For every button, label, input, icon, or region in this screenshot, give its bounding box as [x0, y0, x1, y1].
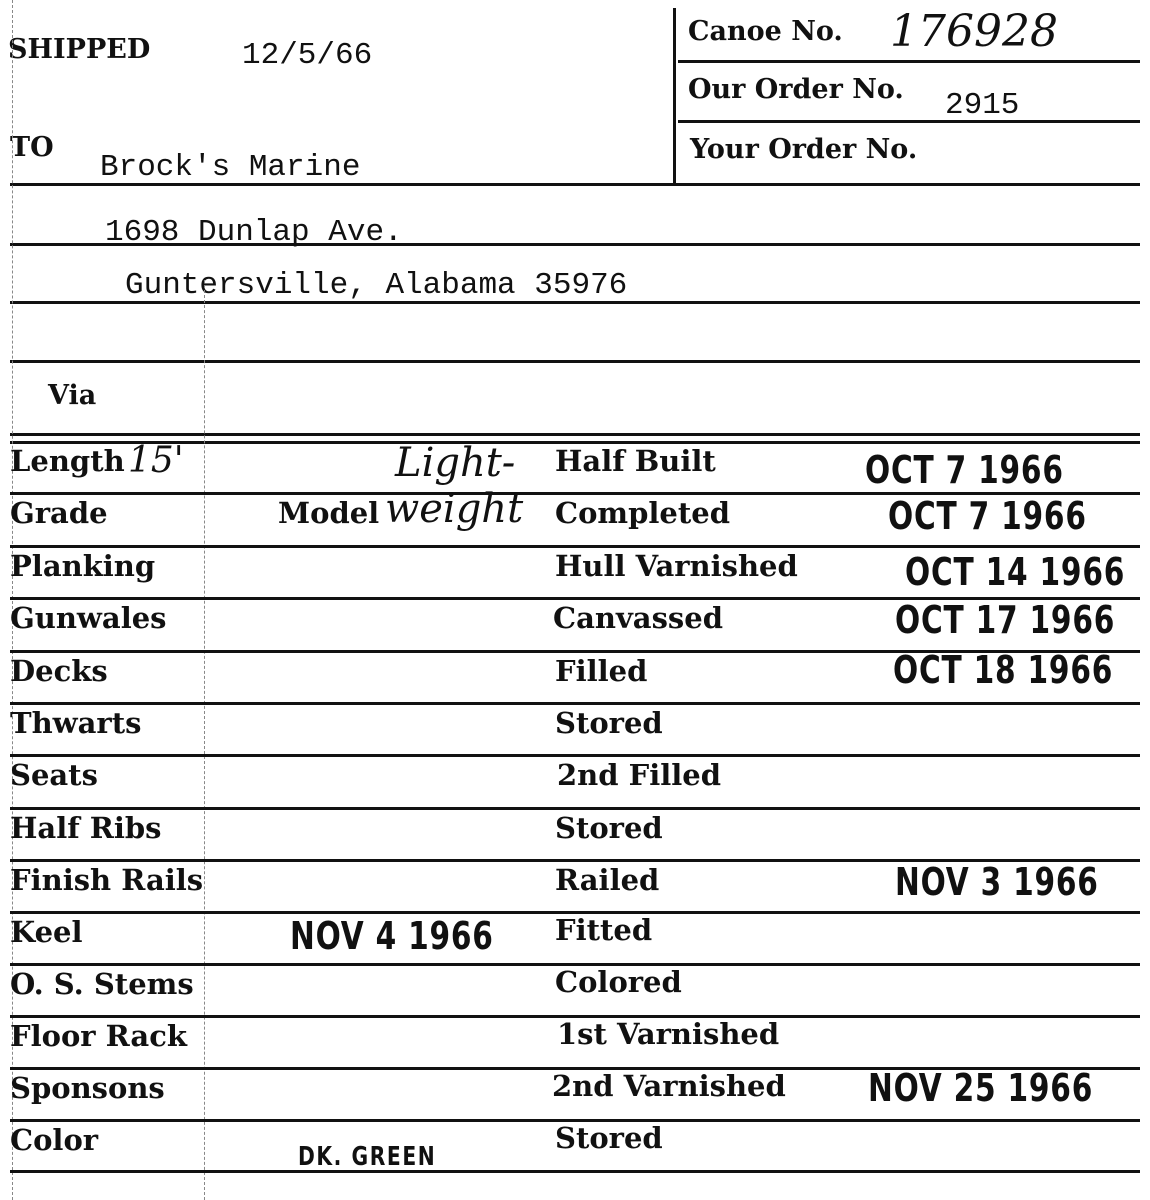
field-label-decks: Decks	[10, 654, 108, 688]
step-date-canvassed[interactable]: OCT 17 1966	[895, 598, 1115, 642]
step-date-hull-varnished[interactable]: OCT 14 1966	[905, 550, 1125, 594]
step-date-half-built[interactable]: OCT 7 1966	[865, 448, 1064, 492]
your-order-label: Your Order No.	[690, 134, 917, 165]
our-order-value[interactable]: 2915	[945, 88, 1019, 123]
step-label-2nd-varnished: 2nd Varnished	[552, 1069, 786, 1103]
step-date-railed[interactable]: NOV 3 1966	[895, 860, 1099, 904]
divider	[10, 754, 1140, 757]
step-label-2nd-filled: 2nd Filled	[557, 758, 721, 792]
step-label-half-built: Half Built	[555, 444, 716, 478]
divider	[10, 183, 1140, 186]
model-label: Model	[278, 496, 379, 530]
step-label-1st-varnished: 1st Varnished	[557, 1017, 779, 1051]
order-box-border	[673, 8, 676, 184]
our-order-label: Our Order No.	[688, 74, 904, 105]
field-label-gunwales: Gunwales	[10, 601, 166, 635]
to-label: TO	[10, 132, 54, 163]
field-label-grade: Grade	[10, 496, 108, 530]
step-date-completed[interactable]: OCT 7 1966	[888, 494, 1087, 538]
field-label-keel: Keel	[10, 915, 83, 949]
address-line-2[interactable]: Guntersville, Alabama 35976	[125, 268, 627, 303]
field-label-planking: Planking	[10, 549, 155, 583]
field-label-floor-rack: Floor Rack	[10, 1019, 187, 1053]
divider	[10, 807, 1140, 810]
step-date-2nd-varnished[interactable]: NOV 25 1966	[868, 1066, 1093, 1110]
divider	[10, 301, 1140, 304]
step-label-fitted: Fitted	[555, 913, 652, 947]
divider	[10, 360, 1140, 363]
field-value-length[interactable]: 15'	[128, 440, 184, 481]
field-label-sponsons: Sponsons	[10, 1071, 165, 1105]
divider	[10, 702, 1140, 705]
field-label-os-stems: O. S. Stems	[10, 967, 194, 1001]
step-label-railed: Railed	[555, 863, 659, 897]
step-label-stored-1: Stored	[555, 706, 663, 740]
shipped-date[interactable]: 12/5/66	[242, 38, 372, 73]
divider	[10, 243, 1140, 246]
step-label-hull-varnished: Hull Varnished	[555, 549, 798, 583]
step-label-completed: Completed	[555, 496, 730, 530]
shipped-label: SHIPPED	[8, 34, 150, 65]
divider	[678, 120, 1140, 123]
divider	[10, 1170, 1140, 1173]
divider	[10, 433, 1140, 436]
divider	[678, 60, 1140, 63]
step-label-stored-3: Stored	[555, 1121, 663, 1155]
model-value-line2[interactable]: weight	[385, 486, 523, 532]
canoe-no-label: Canoe No.	[688, 16, 843, 47]
field-label-length: Length	[10, 444, 125, 478]
field-value-color[interactable]: DK. GREEN	[298, 1142, 436, 1172]
canoe-no-value[interactable]: 176928	[890, 6, 1058, 57]
recipient-name[interactable]: Brock's Marine	[100, 150, 360, 185]
step-label-filled: Filled	[555, 654, 647, 688]
via-label: Via	[48, 380, 96, 411]
field-label-half-ribs: Half Ribs	[10, 811, 162, 845]
step-date-filled[interactable]: OCT 18 1966	[893, 648, 1113, 692]
step-label-colored: Colored	[555, 965, 682, 999]
fold-line	[204, 280, 206, 1200]
field-label-finish-rails: Finish Rails	[10, 863, 203, 897]
divider	[10, 545, 1140, 548]
field-label-seats: Seats	[10, 758, 98, 792]
field-label-thwarts: Thwarts	[10, 706, 141, 740]
field-label-color: Color	[10, 1123, 98, 1157]
step-label-stored-2: Stored	[555, 811, 663, 845]
field-value-keel[interactable]: NOV 4 1966	[290, 914, 494, 958]
model-value-line1[interactable]: Light-	[395, 440, 515, 486]
step-label-canvassed: Canvassed	[553, 601, 723, 635]
